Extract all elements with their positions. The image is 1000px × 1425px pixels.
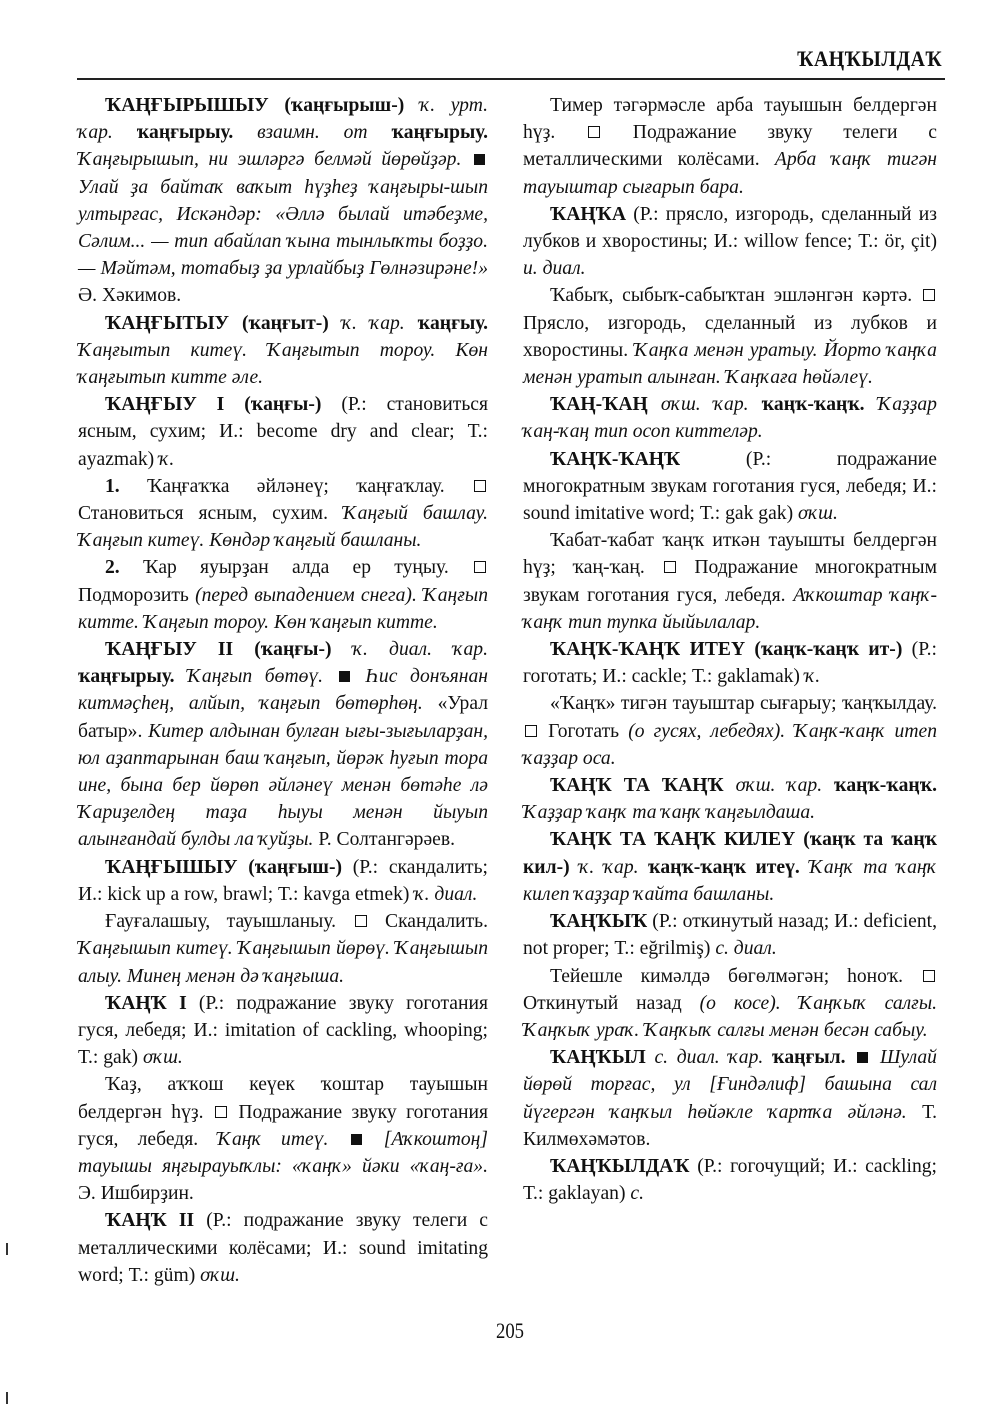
filled-square-icon: [339, 671, 350, 682]
italic-text: оҡш.: [200, 1265, 240, 1286]
dictionary-entry: Ғауғалашыу, тауышланыу. Скандалить. Ҡаңғ…: [78, 908, 488, 990]
body-text: Подморозить: [78, 585, 195, 606]
body-text: Ғауғалашыу, тауышланыу.: [105, 911, 353, 932]
filled-square-icon: [351, 1134, 362, 1145]
headword-text: ҠАҢҠЫҠ: [550, 911, 652, 932]
body-text: Становиться ясным, сухим.: [78, 503, 343, 524]
dictionary-entry: 2. Ҡар яуырҙан алда ер туңыу. Подморозит…: [78, 554, 488, 636]
italic-text: Ҡаҙҙар ҡаңҡ та ҡаңҡ ҡаңғылдаша.: [523, 802, 815, 823]
dictionary-entry: ҠАҢ-ҠАҢ оҡш. ҡар. ҡаңҡ-ҡаңҡ. Ҡаҙҙар ҡаң-…: [523, 391, 937, 445]
headword-text: ҠАҢҠЫЛ: [550, 1047, 654, 1068]
empty-square-icon: [474, 561, 486, 573]
dictionary-entry: Ҡаҙ, аҡҡош кеүек ҡоштар тауышын белдергә…: [78, 1071, 488, 1207]
empty-square-icon: [525, 725, 537, 737]
headword-text: ҡаңғырыу.: [391, 122, 488, 143]
header-rule: [77, 78, 945, 80]
italic-text: ҡ.: [805, 666, 820, 687]
italic-text: Ҡаңғырышып, ни эшләргә белмәй йөрөйҙәр.: [78, 149, 471, 170]
headword-text: ҡаңғыу.: [418, 313, 488, 334]
headword-text: ҠАҢ-ҠАҢ: [550, 394, 661, 415]
headword-text: ҡаңҡ-ҡаңҡ итеү.: [648, 857, 809, 878]
italic-text: оҡш.: [798, 503, 838, 524]
dictionary-entry: ҠАҢҠ-ҠАҢҠ ИТЕҮ (ҡаңҡ-ҡаңҡ ит-) (Р.: гого…: [523, 636, 937, 690]
italic-text: оҡш. ҡар.: [661, 394, 762, 415]
headword-text: ҡаңғырыу.: [137, 122, 257, 143]
headword-text: (ҡаңғырыш-): [284, 95, 404, 116]
body-text: [404, 95, 420, 116]
dictionary-entry: ҠАҢҠ ТА ҠАҢҠ КИЛЕҮ (ҡаңҡ та ҡаңҡ кил-) ҡ…: [523, 826, 937, 908]
body-text: [269, 95, 285, 116]
dictionary-entry: ҠАҢҠЫЛ с. диал. ҡар. ҡаңғыл. Шулай йөрөй…: [523, 1044, 937, 1153]
running-head: ҠАҢҠЫЛДАҠ: [797, 46, 942, 72]
dictionary-entry: ҠАҢҒЫШЫУ (ҡаңғыш-) (Р.: скандалить; И.: …: [78, 854, 488, 908]
headword-text: ҠАҢҠА: [550, 204, 633, 225]
scan-edge-mark: [6, 1243, 8, 1255]
italic-text: оҡш. ҡар.: [736, 775, 834, 796]
dictionary-entry: ҠАҢҒЫРЫШЫУ (ҡаңғырыш-) ҡ. урт. ҡар. ҡаңғ…: [78, 92, 488, 310]
dictionary-entry: ҠАҢҠЫЛДАҠ (Р.: гогочущий; И.: cackling; …: [523, 1153, 937, 1207]
body-text: Э. Ишбирҙин.: [78, 1183, 194, 1204]
body-text: Скандалить.: [369, 911, 488, 932]
headword-text: ҡаңғырыу.: [78, 666, 187, 687]
headword-text: ҠАҢҒЫТЫУ (ҡаңғыт-): [105, 313, 342, 334]
dictionary-entry: ҠАҢҒЫУ II (ҡаңғы-) ҡ. диал. ҡар. ҡаңғыры…: [78, 636, 488, 854]
italic-text: и. диал.: [523, 258, 586, 279]
empty-square-icon: [355, 915, 367, 927]
headword-text: ҡаңҡ-ҡаңҡ.: [762, 394, 878, 415]
dictionary-entry: Тейешле кимәлдә бөгөлмәгән; һоноҡ. Откин…: [523, 963, 937, 1045]
body-text: Ә. Хәкимов.: [78, 285, 181, 306]
italic-text: Улай ҙа байтаҡ ваҡыт һүҙһеҙ ҡаңғыры-шып …: [78, 177, 488, 280]
left-column: ҠАҢҒЫРЫШЫУ (ҡаңғырыш-) ҡ. урт. ҡар. ҡаңғ…: [78, 92, 488, 1289]
headword-text: ҠАҢҠ ТА ҠАҢҠ: [550, 775, 736, 796]
headword-text: 1.: [105, 476, 147, 497]
dictionary-entry: ҠАҢҠ I (Р.: подражание звуку гоготания г…: [78, 990, 488, 1072]
body-text: Р. Солтангәрәев.: [318, 829, 455, 850]
dictionary-entry: ҠАҢҒЫУ I (ҡаңғы-) (Р.: становиться ясным…: [78, 391, 488, 473]
dictionary-entry: Ҡабат-ҡабат ҡаңҡ иткән тауышты белдергән…: [523, 527, 937, 636]
italic-text: Ҡаңғытып китеү. Ҡаңғытып тороу. Көн ҡаңғ…: [78, 340, 488, 388]
body-text: Тейешле кимәлдә бөгөлмәгән; һоноҡ.: [550, 966, 921, 987]
italic-text: Ҡаңҡ итеү.: [217, 1129, 347, 1150]
dictionary-entry: ҠАҢҠЫҠ (Р.: откинутый назад; И.: deficie…: [523, 908, 937, 962]
empty-square-icon: [474, 480, 486, 492]
dictionary-entry: ҠАҢҒЫТЫУ (ҡаңғыт-) ҡ. ҡар. ҡаңғыу. Ҡаңғы…: [78, 310, 488, 392]
empty-square-icon: [215, 1106, 227, 1118]
italic-text: с. диал.: [715, 938, 776, 959]
dictionary-entry: Ҡабыҡ, сыбыҡ-сабыҡтан эшләнгән кәртә. Пр…: [523, 282, 937, 391]
empty-square-icon: [923, 970, 935, 982]
empty-square-icon: [588, 126, 600, 138]
dictionary-entry: «Ҡаңҡ» тигән тауыштар сығарыу; ҡаңҡылдау…: [523, 690, 937, 772]
body-text: Ҡаңғаҡҡа әйләнеү; ҡаңғаҡлау.: [147, 476, 472, 497]
headword-text: ҠАҢҒЫУ II (ҡаңғы-): [105, 639, 353, 660]
headword-text: ҡаңҡ-ҡаңҡ.: [834, 775, 937, 796]
empty-square-icon: [923, 289, 935, 301]
headword-text: ҠАҢҠ-ҠАҢҠ: [550, 449, 746, 470]
dictionary-entry: Тимер тәгәрмәсле арба тауышын белдергән …: [523, 92, 937, 201]
dictionary-entry: ҠАҢҠ-ҠАҢҠ (Р.: подражание многократным з…: [523, 446, 937, 528]
italic-text: взаимн. от: [257, 122, 391, 143]
body-text: «Ҡаңҡ» тигән тауыштар сығарыу; ҡаңҡылдау…: [550, 693, 937, 714]
italic-text: ҡ. ҡар.: [342, 313, 418, 334]
dictionary-entry: 1. Ҡаңғаҡҡа әйләнеү; ҡаңғаҡлау. Становит…: [78, 473, 488, 555]
headword-text: ҠАҢҒЫШЫУ (ҡаңғыш-): [105, 857, 353, 878]
headword-text: ҠАҢҠ I: [105, 993, 199, 1014]
headword-text: ҠАҢҠЫЛДАҠ: [550, 1156, 697, 1177]
italic-text: оҡш.: [143, 1047, 183, 1068]
body-text: Гоготать: [539, 721, 628, 742]
dictionary-entry: ҠАҢҠ ТА ҠАҢҠ оҡш. ҡар. ҡаңҡ-ҡаңҡ. Ҡаҙҙар…: [523, 772, 937, 826]
italic-text: ҡ. ҡар.: [579, 857, 648, 878]
right-column: Тимер тәгәрмәсле арба тауышын белдергән …: [523, 92, 937, 1207]
scan-edge-mark: [6, 1392, 8, 1404]
empty-square-icon: [664, 561, 676, 573]
italic-text: ҡ.: [159, 449, 174, 470]
headword-text: ҠАҢҠ-ҠАҢҠ ИТЕҮ (ҡаңҡ-ҡаңҡ ит-): [550, 639, 912, 660]
body-text: Ҡабыҡ, сыбыҡ-сабыҡтан эшләнгән кәртә.: [550, 285, 921, 306]
headword-text: ҡаңғыл.: [772, 1047, 854, 1068]
headword-text: 2.: [105, 557, 143, 578]
dictionary-entry: ҠАҢҠ II (Р.: подражание звуку телеги с м…: [78, 1207, 488, 1289]
italic-text: Ҡаңғып бөтөү.: [187, 666, 336, 687]
filled-square-icon: [474, 154, 485, 165]
dictionary-entry: ҠАҢҠА (Р.: прясло, изгородь, сделанный и…: [523, 201, 937, 283]
headword-text: ҠАҢҠ II: [105, 1210, 206, 1231]
italic-text: ҡ. диал. ҡар.: [353, 639, 488, 660]
headword-text: ҠАҢҒЫУ I (ҡаңғы-): [105, 394, 341, 415]
body-text: Откинутый назад: [523, 993, 700, 1014]
body-text: Ҡар яуырҙан алда ер туңыу.: [143, 557, 472, 578]
italic-text: с. диал. ҡар.: [654, 1047, 772, 1068]
italic-text: с.: [630, 1183, 644, 1204]
page-number: 205: [77, 1318, 944, 1344]
italic-text: Ҡаңғышып китеү. Ҡаңғышып йөрөү. Ҡаңғышып…: [78, 938, 488, 986]
filled-square-icon: [857, 1052, 868, 1063]
headword-text: ҠАҢҒЫРЫШЫУ: [105, 95, 269, 116]
italic-text: ҡ. диал.: [414, 884, 477, 905]
